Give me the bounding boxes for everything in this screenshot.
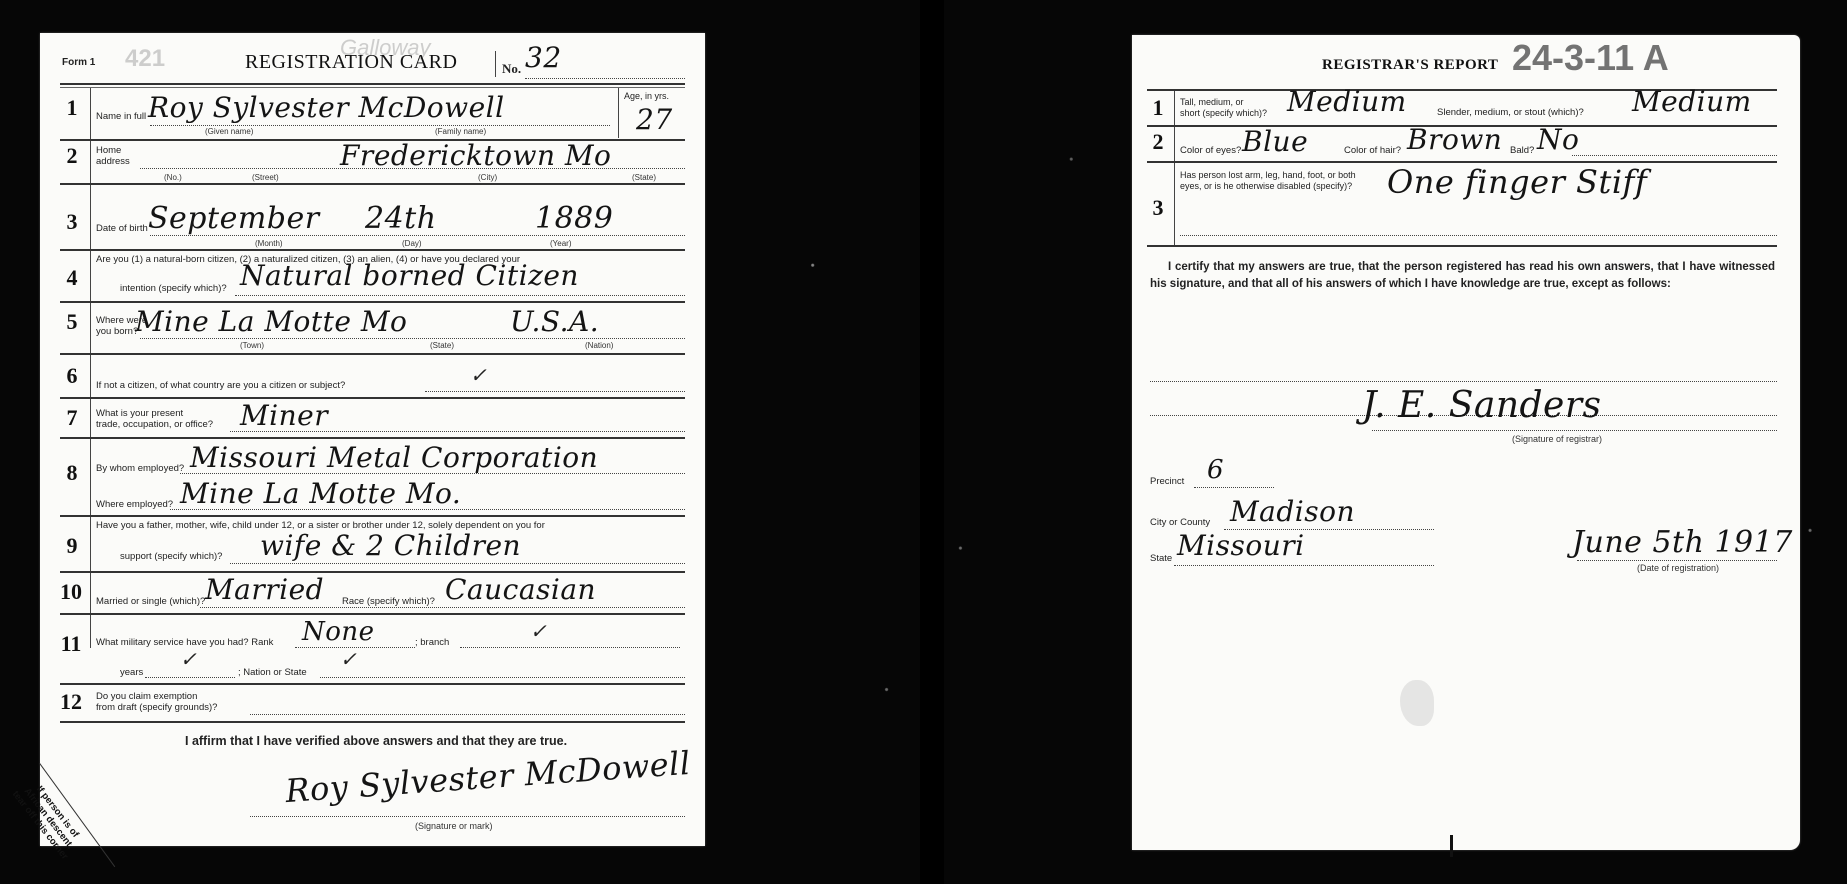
occupation-value: Miner [240,399,328,432]
foreign-citizen-value: ✓ [470,363,487,387]
bald-value: No [1537,123,1579,156]
row-number: 3 [1146,195,1170,221]
disability-label: Has person lost arm, leg, hand, foot, or… [1180,170,1356,180]
employer-label: By whom employed? [96,463,184,474]
dob-label: Date of birth [96,223,148,234]
state-value: Missouri [1177,529,1305,562]
row-number: 10 [54,579,88,605]
marital-value: Married [205,573,324,606]
divider [495,51,496,77]
row-number: 5 [60,309,84,335]
county-label: City or County [1150,517,1210,528]
scan-divider [920,0,944,884]
year-caption: (Year) [550,239,572,248]
town-caption: (Town) [240,341,264,350]
precinct-label: Precinct [1150,476,1184,487]
registration-date-caption: (Date of registration) [1637,563,1719,573]
employer-value: Missouri Metal Corporation [190,441,598,474]
disability-label-2: eyes, or is he otherwise disabled (speci… [1180,181,1352,191]
name-value: Roy Sylvester McDowell [148,91,505,124]
state-label: State [1150,553,1172,564]
row-number: 7 [60,405,84,431]
street-caption: (Street) [252,173,279,182]
row-number: 1 [1146,95,1170,121]
card-number: 32 [525,41,562,74]
military-rank-value: None [302,617,375,647]
registrar-signature-caption: (Signature of registrar) [1512,434,1602,444]
county-value: Madison [1230,495,1355,528]
branch-label: ; branch [415,637,449,648]
age-value: 27 [636,103,673,136]
dependents-label: support (specify which)? [120,551,222,562]
years-label: years [120,667,143,678]
employed-where-label: Where employed? [96,499,173,510]
build-label: Slender, medium, or stout (which)? [1437,107,1584,118]
name-label: Name in full [96,111,146,122]
height-value: Medium [1287,85,1407,118]
birthplace-town: Mine La Motte Mo [135,305,407,338]
nation-caption: (Nation) [585,341,613,350]
precinct-value: 6 [1207,455,1224,485]
month-caption: (Month) [255,239,283,248]
dob-month: September [148,201,320,236]
row-number: 1 [60,95,84,121]
home-address-label: Home [96,145,121,156]
row-number: 6 [60,363,84,389]
card-number-label: No. [502,61,521,77]
dob-year: 1889 [535,201,613,236]
age-label: Age, in yrs. [624,91,669,101]
nation-state-label: ; Nation or State [238,667,307,678]
faint-stamp-number: 421 [125,45,165,73]
dependents-value: wife & 2 Children [260,529,521,562]
certification-text: I certify that my answers are true, that… [1150,259,1775,293]
employed-where-value: Mine La Motte Mo. [180,477,461,510]
row-number: 3 [60,209,84,235]
registrars-report-card: REGISTRAR'S REPORT 24-3-11 A 1 Tall, med… [1132,35,1800,850]
number-column-rule [90,88,91,648]
build-value: Medium [1632,85,1752,118]
height-label-2: short (specify which)? [1180,108,1267,118]
years-value: ✓ [180,647,197,671]
disability-value: One finger Stiff [1387,163,1647,201]
row-number: 4 [60,265,84,291]
branch-value: ✓ [530,619,547,643]
form-label: Form 1 [62,57,95,68]
given-name-caption: (Given name) [205,127,253,136]
home-address-label-2: address [96,156,130,167]
row-number: 2 [1146,129,1170,155]
state-caption: (State) [632,173,656,182]
occupation-label-2: trade, occupation, or office? [96,419,213,430]
hair-color-label: Color of hair? [1344,145,1401,156]
state-caption: (State) [430,341,454,350]
family-name-caption: (Family name) [435,127,486,136]
card-title: REGISTRATION CARD [245,51,457,74]
race-value: Caucasian [445,573,596,606]
birthplace-nation: U.S.A. [510,305,599,338]
signature-caption: (Signature or mark) [415,821,493,831]
registration-date-value: June 5th 1917 [1572,525,1793,560]
row-number: 12 [54,689,88,715]
exemption-label-2: from draft (specify grounds)? [96,702,217,713]
row-number: 8 [60,460,84,486]
nation-state-value: ✓ [340,647,357,671]
paper-smudge [1400,680,1434,726]
no-caption: (No.) [164,173,182,182]
height-label: Tall, medium, or [1180,97,1244,107]
citizenship-value: Natural borned Citizen [240,259,579,292]
hair-color-value: Brown [1407,123,1502,156]
exemption-label: Do you claim exemption [96,691,197,702]
dob-day: 24th [365,201,437,236]
citizenship-label: intention (specify which)? [120,283,227,294]
tear-corner-note: If person is of African descent, tear of… [8,773,89,864]
registrant-signature: Roy Sylvester McDowell [284,744,692,810]
eye-color-value: Blue [1242,125,1308,158]
report-stamp: 24-3-11 A [1512,37,1669,79]
day-caption: (Day) [402,239,422,248]
bald-label: Bald? [1510,145,1534,156]
ink-mark [1450,835,1453,857]
marital-label: Married or single (which)? [96,596,205,607]
occupation-label: What is your present [96,408,183,419]
report-title: REGISTRAR'S REPORT [1322,57,1498,74]
city-caption: (City) [478,173,497,182]
foreign-citizen-label: If not a citizen, of what country are yo… [96,380,345,391]
affirmation-text: I affirm that I have verified above answ… [185,733,567,750]
row-number: 9 [60,533,84,559]
eye-color-label: Color of eyes? [1180,145,1241,156]
row-number: 11 [54,631,88,657]
birthplace-label-2: you born? [96,326,138,337]
registration-card: Form 1 421 Galloway REGISTRATION CARD No… [40,33,705,846]
row-number: 2 [60,143,84,169]
race-label: Race (specify which)? [342,596,435,607]
registrar-signature: J. E. Sanders [1362,385,1602,426]
